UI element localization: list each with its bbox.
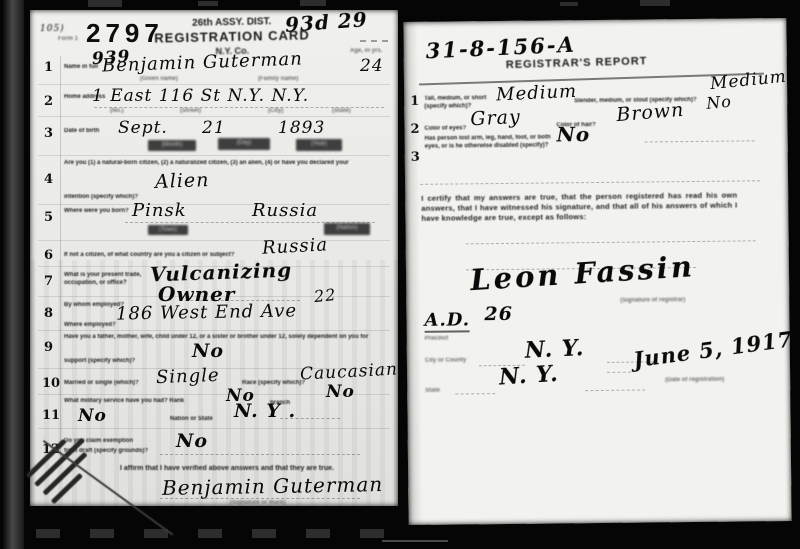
race-value: Caucasian bbox=[300, 359, 399, 384]
rule bbox=[38, 84, 390, 85]
build-value: Medium bbox=[709, 67, 787, 94]
precinct-label: Precinct bbox=[425, 336, 449, 344]
registrar-signature: Leon Fassin bbox=[469, 249, 696, 297]
rule bbox=[94, 107, 384, 108]
row-4-label-line2: intention (specify which)? bbox=[64, 194, 138, 202]
row-6-label: If not a citizen, of what country are yo… bbox=[64, 252, 234, 260]
employer-extra-value: 22 bbox=[313, 285, 337, 306]
registration-date-caption: (Date of registration) bbox=[665, 377, 724, 385]
scan-artifact bbox=[88, 0, 122, 7]
row-7-label: What is your present trade, occupation, … bbox=[64, 272, 154, 288]
year-field-box: (Year) bbox=[296, 139, 342, 151]
home-address-value: 1 East 116 St N.Y. N.Y. bbox=[92, 86, 309, 106]
row-1-label: Name in full bbox=[64, 64, 98, 72]
row-2-label: Home address bbox=[64, 94, 94, 102]
disabled-value: No bbox=[556, 122, 590, 146]
birthplace-town-value: Pinsk bbox=[132, 200, 187, 221]
row-2-sub-state: (State) bbox=[332, 108, 351, 116]
corner-stamp bbox=[38, 434, 148, 508]
exemption-value: No bbox=[176, 430, 208, 452]
rule bbox=[455, 393, 495, 394]
rule bbox=[280, 418, 340, 419]
scan-artifact bbox=[198, 529, 222, 538]
rule bbox=[180, 300, 300, 301]
birth-month-value: Sept. bbox=[118, 118, 168, 138]
citizen-of-country-value: Russia bbox=[261, 234, 328, 258]
rule bbox=[420, 180, 760, 185]
row-4-number: 4 bbox=[44, 172, 53, 187]
registrant-signature-caption: (Signature or mark) bbox=[230, 500, 285, 508]
rule bbox=[466, 240, 756, 244]
name-value: Benjamin Guterman bbox=[102, 49, 303, 77]
row-1-sub-family: (Family name) bbox=[258, 76, 298, 84]
eye-color-value: Gray bbox=[470, 106, 521, 130]
scan-artifact bbox=[198, 1, 218, 6]
scan-artifact bbox=[306, 529, 330, 538]
row-10-number: 10 bbox=[42, 376, 60, 391]
affirmation-text: I affirm that I have verified above answ… bbox=[120, 464, 334, 473]
age-value: 24 bbox=[360, 56, 384, 76]
certification-text: I certify that my answers are true, that… bbox=[421, 191, 737, 224]
corner-note: 105) bbox=[40, 24, 65, 34]
row-4-label-line1: Are you (1) a natural-born citizen, (2) … bbox=[64, 160, 349, 168]
bald-value: No bbox=[706, 92, 733, 113]
rule bbox=[645, 140, 755, 142]
scan-artifact bbox=[90, 529, 114, 538]
state-value: N. Y. bbox=[498, 361, 559, 391]
height-value: Medium bbox=[496, 81, 578, 106]
age-label: Age, in yrs. bbox=[350, 48, 382, 56]
registrars-report-card: 31-8-156-A REGISTRAR'S REPORT 1 Tall, me… bbox=[403, 18, 791, 525]
precinct-value-number: 26 bbox=[484, 303, 513, 325]
report-row-3-label: Has person lost arm, leg, hand, foot, or… bbox=[425, 134, 551, 151]
rule bbox=[38, 155, 390, 156]
rule bbox=[38, 116, 390, 117]
scanned-document-page: 105) Form 1 2797 939 26th ASSY. DIST. RE… bbox=[0, 0, 800, 549]
registration-date-value: June 5, 1917 bbox=[632, 326, 795, 372]
month-field-box: (Month) bbox=[148, 140, 196, 151]
row-5-number: 5 bbox=[44, 210, 53, 225]
scan-artifact bbox=[360, 529, 384, 538]
rule bbox=[38, 330, 390, 331]
row-3-number: 3 bbox=[44, 126, 53, 141]
day-field-box: (Day) bbox=[218, 138, 270, 150]
state-label: State bbox=[425, 388, 440, 396]
city-county-label: City or County bbox=[425, 357, 466, 365]
report-row-2-number: 2 bbox=[410, 122, 419, 137]
row-1-number: 1 bbox=[44, 60, 53, 75]
scan-artifact bbox=[36, 529, 60, 538]
registrant-signature: Benjamin Guterman bbox=[162, 472, 384, 500]
rule bbox=[160, 454, 360, 455]
row-5-label: Where were you born? bbox=[64, 208, 110, 216]
row-8-number: 8 bbox=[44, 306, 53, 321]
row-2-sub-street: (Street) bbox=[180, 108, 201, 116]
hair-color-value: Brown bbox=[616, 99, 686, 126]
rule bbox=[38, 204, 390, 205]
rule bbox=[585, 390, 645, 392]
scan-artifact bbox=[382, 540, 448, 542]
row-8-label-where: Where employed? bbox=[64, 322, 116, 330]
rule bbox=[360, 40, 388, 42]
report-title: REGISTRAR'S REPORT bbox=[506, 54, 648, 72]
citizen-status-value: Alien bbox=[155, 169, 210, 193]
town-field-box: (Town) bbox=[148, 225, 188, 235]
report-row-1-number: 1 bbox=[410, 94, 419, 109]
scan-artifact bbox=[252, 529, 276, 538]
row-9-number: 9 bbox=[44, 340, 53, 355]
form-number-label: Form 1 bbox=[58, 36, 78, 44]
city-county-value: N. Y. bbox=[524, 335, 585, 364]
row-11-number: 11 bbox=[42, 408, 60, 423]
scan-artifact bbox=[300, 0, 326, 6]
precinct-value-ad: A.D. bbox=[424, 309, 470, 332]
registration-card: 105) Form 1 2797 939 26th ASSY. DIST. RE… bbox=[30, 10, 398, 506]
military-branch-value: No bbox=[326, 382, 355, 402]
row-2-number: 2 bbox=[44, 94, 53, 109]
row-6-number: 6 bbox=[44, 248, 53, 263]
employment-address-value: 186 West End Ave bbox=[116, 300, 297, 324]
birthplace-nation-value: Russia bbox=[252, 200, 318, 221]
rule bbox=[607, 372, 631, 373]
hand-district-numbers: 93d 29 bbox=[284, 7, 368, 37]
row-3-label: Date of birth bbox=[64, 128, 98, 136]
nation-field-box: (Nation) bbox=[324, 223, 370, 235]
row-9-label-line2: support (specify which)? bbox=[64, 358, 135, 366]
row-7-number: 7 bbox=[44, 274, 53, 289]
rule bbox=[38, 240, 390, 241]
row-2-sub-no: (No.) bbox=[110, 108, 124, 116]
rule bbox=[160, 498, 360, 499]
registrar-signature-caption: (Signature of registrar) bbox=[620, 297, 685, 305]
report-row-3-number: 3 bbox=[411, 150, 420, 165]
marital-status-value: Single bbox=[156, 365, 220, 388]
scan-artifact bbox=[640, 0, 670, 6]
row-2-sub-city: (City) bbox=[268, 108, 283, 116]
row-1-sub-given: (Given name) bbox=[140, 76, 178, 84]
row-10-label-married: Married or single (which)? bbox=[64, 380, 156, 388]
report-row-2-label-eyes: Color of eyes? bbox=[424, 125, 466, 133]
scan-artifact bbox=[560, 2, 578, 6]
birth-day-value: 21 bbox=[202, 118, 226, 138]
row-11-label-nation: Nation or State bbox=[170, 416, 213, 424]
dependents-value: No bbox=[192, 340, 224, 362]
birth-year-value: 1893 bbox=[278, 118, 325, 138]
